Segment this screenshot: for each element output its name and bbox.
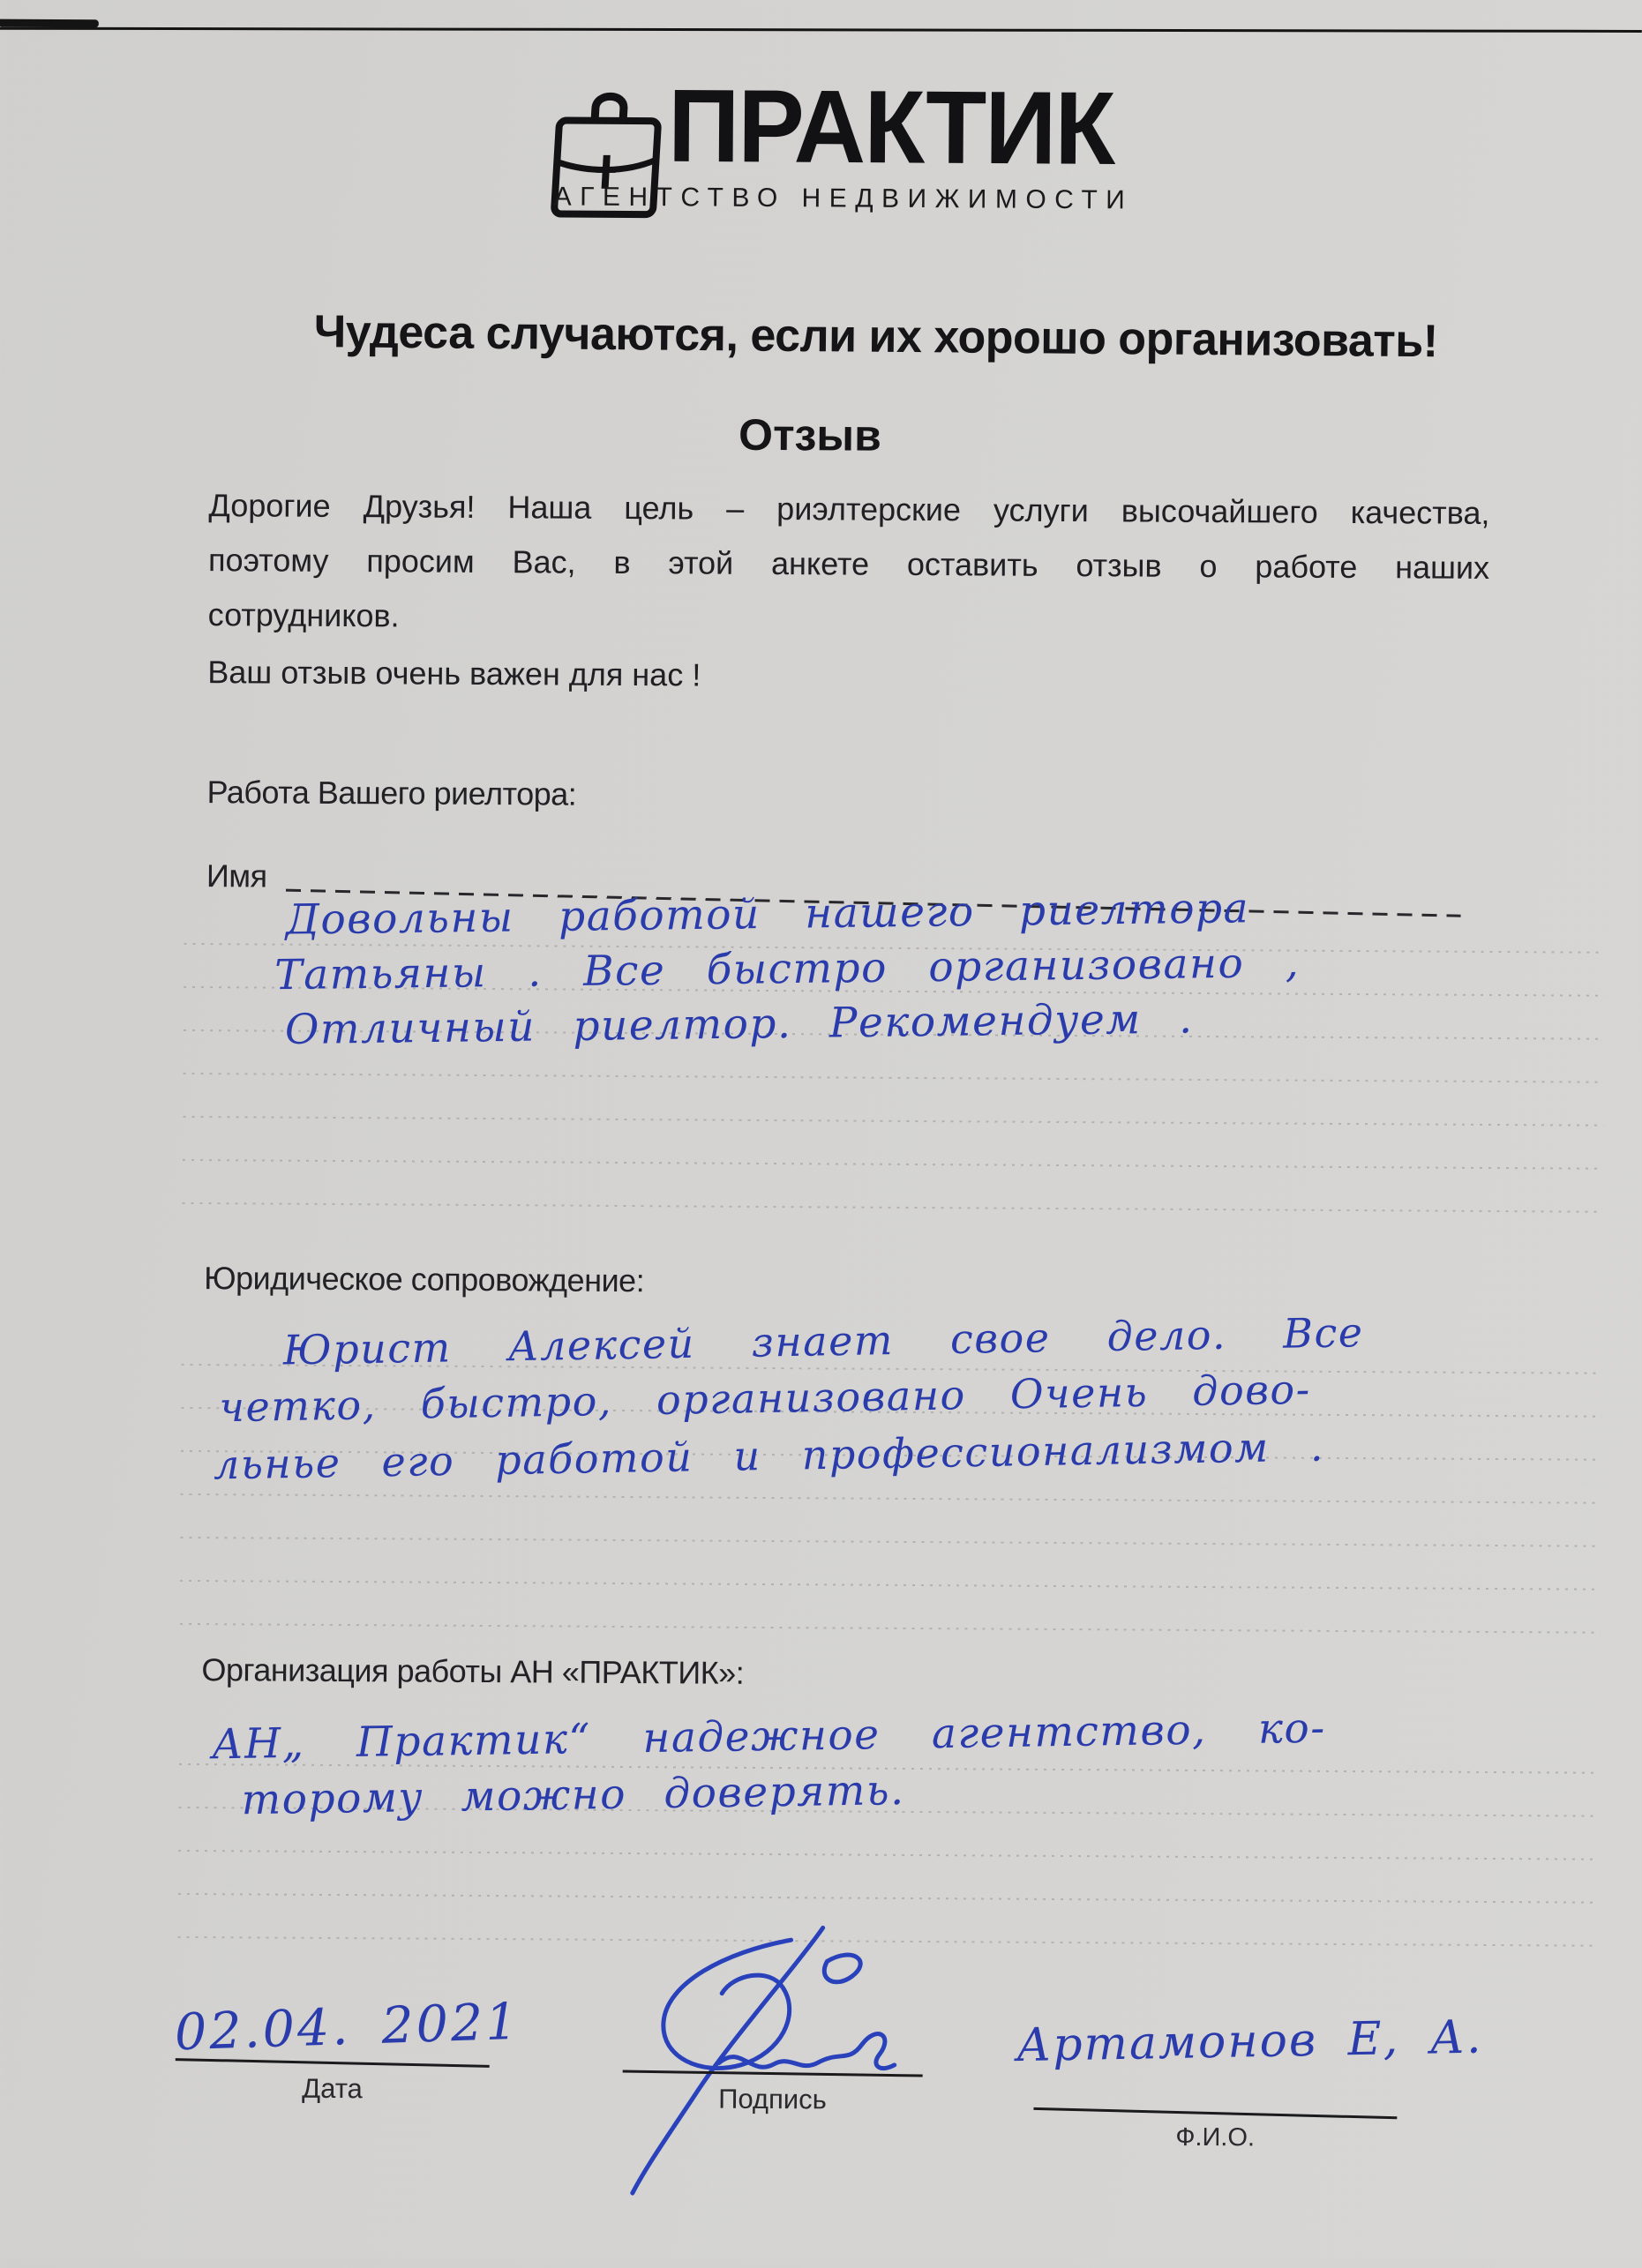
ruled-line: [180, 1537, 1601, 1547]
ruled-line: [183, 1116, 1603, 1127]
scan-artifact-line: [0, 27, 1642, 33]
handwritten-answer-line: Татьяны . Все быстро организовано ,: [274, 942, 1300, 996]
handwritten-answer-line: Юрист Алексей знает свое дело. Все: [282, 1312, 1363, 1370]
handwritten-date: 02.04. 2021: [174, 1997, 521, 2059]
intro-note: Ваш отзыв очень важен для нас !: [207, 654, 701, 693]
handwritten-name: Артамонов Е, А.: [1016, 2014, 1483, 2069]
intro-line: Дорогие Друзья! Наша цель – риэлтерские …: [208, 487, 1489, 550]
intro-line: поэтому просим Вас, в этой анкете остави…: [208, 542, 1489, 604]
section-label-realtor: Работа Вашего риелтора:: [206, 774, 576, 813]
brand-tagline: АГЕНТСТВО НЕДВИЖИМОСТИ: [554, 182, 1134, 215]
ruled-line: [180, 1580, 1601, 1591]
intro-line: сотрудников.: [207, 596, 1488, 659]
section-label-agency: Организация работы АН «ПРАКТИК»:: [201, 1651, 744, 1692]
ruled-line: [178, 1893, 1599, 1904]
date-label: Дата: [175, 2072, 489, 2106]
handwritten-answer-line: АН„ Практик“ надежное агентство, ко-: [212, 1708, 1326, 1766]
signature-scribble: [600, 1911, 905, 2221]
ruled-line: [183, 1159, 1603, 1170]
scan-artifact-blob: [0, 19, 99, 28]
signature-label: Подпись: [622, 2083, 922, 2116]
name-field-label: Имя: [206, 857, 267, 894]
ruled-line: [183, 1202, 1603, 1213]
section-label-legal: Юридическое сопровождение:: [204, 1260, 644, 1299]
scanned-feedback-form: ПРАКТИК АГЕНТСТВО НЕДВИЖИМОСТИ Чудеса сл…: [0, 0, 1642, 2258]
handwritten-answer-line: льнье его работой и профессионализмом .: [214, 1426, 1325, 1486]
ruled-line: [178, 1850, 1599, 1860]
handwritten-answer-line: Довольны работой нашего риелтора: [285, 887, 1249, 940]
form-headline: Чудеса случаются, если их хорошо организ…: [264, 305, 1487, 369]
ruled-line: [181, 1493, 1601, 1504]
name-underline: [1033, 2107, 1397, 2119]
handwritten-answer-line: торому можно доверять.: [241, 1770, 904, 1821]
document-title: Отзыв: [192, 406, 1428, 465]
ruled-line: [184, 1073, 1604, 1083]
name-label: Ф.И.О.: [1033, 2122, 1397, 2154]
brand-wordmark: ПРАКТИК: [668, 74, 1114, 181]
ruled-line: [180, 1623, 1601, 1634]
intro-paragraph: Дорогие Друзья! Наша цель – риэлтерские …: [207, 487, 1489, 659]
date-underline: [176, 2058, 490, 2068]
handwritten-answer-line: Отличный риелтор. Рекомендуем .: [285, 998, 1194, 1051]
handwritten-answer-line: четко, быстро, организовано Очень дово-: [219, 1369, 1311, 1428]
